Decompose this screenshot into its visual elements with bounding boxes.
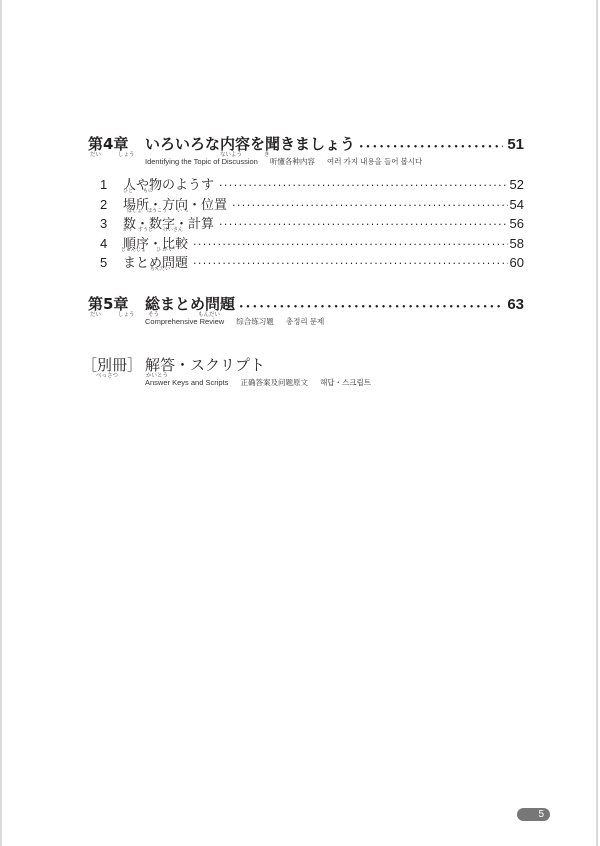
section-entry[interactable]: 5 まとめ問題 60 もんだい <box>100 252 524 272</box>
chapter-ruby: だい しょう そう もんだい <box>88 311 524 318</box>
subtitle-english: Comprehensive Review <box>145 317 224 326</box>
appendix-entry[interactable]: ［別冊］ 解答・スクリプト べっさつ かいとう Answer Keys and … <box>88 354 524 388</box>
subtitle-english: Answer Keys and Scripts <box>145 378 228 387</box>
subtitle-chinese: 综合练习题 <box>236 317 274 326</box>
section-entry[interactable]: 4 順序・比較 58 じゅんじょ ひ かく <box>100 233 524 253</box>
subtitle-chinese: 听懂各种内容 <box>270 157 315 166</box>
subtitle-chinese: 正确答案及问题原文 <box>240 378 308 387</box>
subtitle-korean: 총정리 문제 <box>286 317 324 326</box>
page-number-badge: 5 <box>517 808 550 821</box>
section-entry[interactable]: 2 場所・方向・位置 54 ばしょ ほうこう い ち <box>100 194 524 214</box>
page-edge-left <box>0 0 2 846</box>
chapter-4-entry[interactable]: 第4章 いろいろな内容を聞きましょう 51 だい しょう ないよう き Iden… <box>88 133 524 167</box>
section-entry[interactable]: 1 人や物のようす 52 ひと もの <box>100 174 524 194</box>
chapter-5-entry[interactable]: 第5章 総まとめ問題 63 だい しょう そう もんだい Comprehensi… <box>88 293 524 327</box>
subtitle-korean: 여러 가지 내용을 들어 봅시다 <box>327 157 422 166</box>
subtitle-english: Identifying the Topic of Discussion <box>145 157 258 166</box>
section-entry[interactable]: 3 数・数字・計算 56 かず すうじ けいさん <box>100 213 524 233</box>
chapter-4-sections: 1 人や物のようす 52 ひと もの 2 場所・方向・位置 54 ばしょ ほうこ… <box>100 174 524 272</box>
page-edge-right <box>596 0 598 846</box>
appendix-ruby: べっさつ かいとう <box>88 372 524 379</box>
chapter-ruby: だい しょう ないよう き <box>88 151 524 158</box>
subtitle-korean: 해답・스크립트 <box>320 378 371 387</box>
section-ruby: もんだい <box>150 265 170 272</box>
